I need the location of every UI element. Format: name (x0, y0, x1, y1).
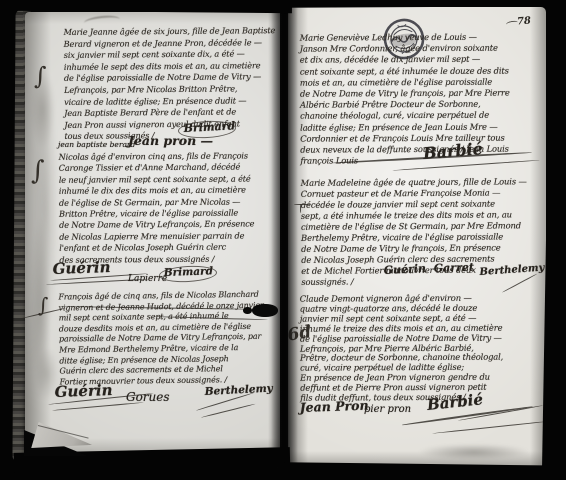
book-gutter-shadow (271, 6, 298, 468)
margin-paragraph-mark: ∫ (31, 156, 45, 186)
manuscript-text-line: de Notre Dame de Vitry le françois, par … (300, 87, 542, 99)
burial-entry: Marie Geneviève Ledhuy veuve de Louis —J… (300, 31, 543, 167)
manuscript-text-line: vicaire de laditte église; En présence d… (64, 95, 278, 108)
signature: Jean Pron (299, 398, 368, 415)
signature: Gorues (126, 390, 170, 404)
register-scan: ∫ ∫ ∫ Marie Jeanne âgée de six jours, fi… (0, 0, 566, 480)
burial-entry: François âgé de cinq ans, fils de Nicola… (58, 289, 279, 387)
signature: Jean pron — (128, 133, 213, 148)
manuscript-text-line: Berard vigneron et de Jeanne Pron, décéd… (64, 37, 278, 50)
signature: Guérin (52, 258, 110, 278)
manuscript-text-line: Nicolas âgé d'environ cinq ans, fils de … (59, 150, 279, 163)
paper-stain (30, 70, 58, 400)
signature: Garret (434, 261, 475, 275)
paper-stain (418, 444, 530, 460)
manuscript-text-line: cent soixante sept, a été inhumée le dou… (300, 65, 542, 77)
signature: pier pron (364, 404, 411, 415)
manuscript-text-line: cimetière de l'église de St Germain, par… (301, 220, 543, 233)
burial-entry: Claude Demont vigneron âgé d'environ —qu… (300, 293, 545, 403)
manuscript-text-line: de l'église paroissialle de Notre Dame d… (64, 71, 278, 84)
manuscript-text-line: soussignés. / (301, 275, 543, 288)
ink-blot (243, 307, 252, 314)
burial-entry: Nicolas âgé d'environ cinq ans, fils de … (59, 150, 280, 266)
torn-edge (284, 462, 566, 480)
signature: jean baptiste berard (58, 140, 135, 149)
signature: Guérin (383, 262, 426, 277)
manuscript-text-line: de Notre Dame de Vitry Lefrançois, En pr… (59, 219, 279, 232)
burial-entry: Marie Jeanne âgée de six jours, fille de… (63, 25, 278, 143)
margin-paragraph-mark: ∫ (34, 62, 47, 90)
folio-number: 78 (517, 16, 532, 28)
manuscript-text-line: Marie Madeleine âgée de quatre jours, fi… (301, 176, 543, 189)
